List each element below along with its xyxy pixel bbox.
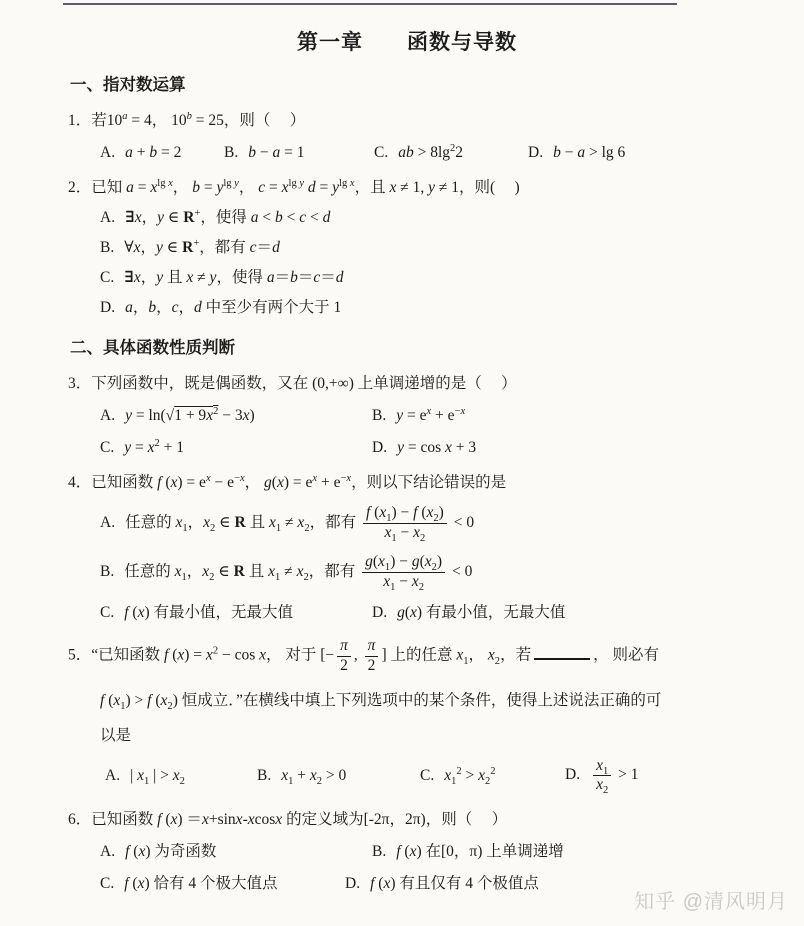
option-text: f (x) 在[0，π) 上单调递增 [396,843,564,860]
question-3-stem: 3．下列函数中，既是偶函数，又在 (0,+∞) 上单调递增的是（ ） [68,372,746,395]
option-text: ab > 8lg22 [398,144,463,161]
question-2-options: A.∃x，y ∈ R+，使得 a < b < c < d B.∀x，y ∈ R+… [68,206,746,319]
option-text: a，b，c，d 中至少有两个大于 1 [125,299,341,316]
question-4: 4．已知函数 f (x) = ex − e−x， g(x) = ex + e−x… [68,471,746,624]
option-label: A. [100,407,115,424]
option-label: A. [105,767,120,784]
option-text: 任意的 x1，x2 ∈ R 且 x1 ≠ x2，都有 g(x1) − g(x2)… [124,563,472,580]
question-2-stem: 2．已知 a = xlg x， b = ylg y， c = xlg y d =… [68,176,746,199]
watermark: 知乎 @清风明月 [634,885,788,914]
question-5-stem-line-3: 以是 [100,724,746,747]
question-1-options: A.a + b = 2 B.b − a = 1 C.ab > 8lg22 D.b… [100,141,746,164]
top-rule-divider [63,3,677,5]
question-3-options-row-2: C.y = x2 + 1 D.y = cos x + 3 [100,436,746,459]
option-c: C.ab > 8lg22 [374,141,528,164]
question-4-stem: 4．已知函数 f (x) = ex − e−x， g(x) = ex + e−x… [68,471,746,494]
option-d: D.x1x2 > 1 [565,756,746,796]
option-text: 任意的 x1，x2 ∈ R 且 x1 ≠ x2，都有 f (x1) − f (x… [125,514,474,531]
option-label: C. [100,269,114,286]
option-text: b − a > lg 6 [553,144,625,161]
option-b: B.b − a = 1 [224,141,374,164]
option-a: A.f (x) 为奇函数 [100,840,372,863]
option-label: D. [100,299,115,316]
option-label: C. [100,604,114,621]
option-text: y = ln(√1 + 9x2 − 3x) [125,407,255,424]
option-text: x1 + x2 > 0 [281,767,346,784]
option-text: x1x2 > 1 [590,766,638,783]
option-label: C. [100,875,114,892]
option-d: D.y = cos x + 3 [372,436,746,459]
option-label: B. [372,843,386,860]
option-label: B. [372,407,386,424]
option-label: A. [100,843,115,860]
option-a: A.| x1 | > x2 [105,764,257,787]
option-c: C.f (x) 恰有 4 个极大值点 [100,872,345,895]
option-text: g(x) 有最小值，无最大值 [397,604,565,621]
option-label: B. [100,239,114,256]
option-label: D. [565,766,580,783]
option-b: B.f (x) 在[0，π) 上单调递增 [372,840,746,863]
worksheet-page: 第一章 函数与导数 一、指对数运算 1．若10a = 4， 10b = 25，则… [0,0,804,895]
option-text: f (x) 有最小值，无最大值 [124,604,293,621]
page-title: 第一章 函数与导数 [68,30,746,56]
option-text: | x1 | > x2 [130,767,185,784]
option-text: y = x2 + 1 [124,439,184,456]
option-text: y = ex + e−x [396,407,465,424]
option-label: B. [100,563,114,580]
option-b: B.∀x，y ∈ R+，都有 c＝d [100,236,746,259]
question-5-stem-line-2: f (x1) > f (x2) 恒成立．”在横线中填上下列选项中的某个条件，使得… [100,689,746,712]
question-6-options-row-1: A.f (x) 为奇函数 B.f (x) 在[0，π) 上单调递增 [100,840,746,863]
question-2: 2．已知 a = xlg x， b = ylg y， c = xlg y d =… [68,176,746,319]
option-label: C. [374,144,388,161]
option-b: B.任意的 x1，x2 ∈ R 且 x1 ≠ x2，都有 g(x1) − g(x… [100,552,746,592]
option-text: ∀x，y ∈ R+，都有 c＝d [124,239,280,256]
option-text: ∃x，y 且 x ≠ y，使得 a＝b＝c＝d [124,269,343,286]
option-a: A.任意的 x1，x2 ∈ R 且 x1 ≠ x2，都有 f (x1) − f … [100,503,746,543]
option-text: y = cos x + 3 [397,439,476,456]
option-label: D. [372,604,387,621]
option-text: ∃x，y ∈ R+，使得 a < b < c < d [125,209,330,226]
question-4-options-row: C.f (x) 有最小值，无最大值 D.g(x) 有最小值，无最大值 [100,601,746,624]
option-a: A.y = ln(√1 + 9x2 − 3x) [100,404,372,427]
question-1: 1．若10a = 4， 10b = 25，则（ ） A.a + b = 2 B.… [68,109,746,164]
option-b: B.y = ex + e−x [372,404,746,427]
option-c: C.x12 > x22 [420,764,565,787]
section-heading-1: 一、指对数运算 [70,73,746,97]
option-label: D. [345,875,360,892]
option-c: C.y = x2 + 1 [100,436,372,459]
option-b: B.x1 + x2 > 0 [257,764,420,787]
option-text: f (x) 为奇函数 [125,843,216,860]
question-5-options: A.| x1 | > x2 B.x1 + x2 > 0 C.x12 > x22 … [105,756,746,796]
question-3-options-row-1: A.y = ln(√1 + 9x2 − 3x) B.y = ex + e−x [100,404,746,427]
option-d: D.b − a > lg 6 [528,141,746,164]
question-6: 6．已知函数 f (x) ＝x+sinx-xcosx 的定义域为[-2π，2π)… [68,808,746,895]
option-label: B. [224,144,238,161]
section-heading-2: 二、具体函数性质判断 [70,336,746,360]
option-d: D.g(x) 有最小值，无最大值 [372,601,746,624]
option-label: C. [420,767,434,784]
option-label: D. [372,439,387,456]
option-c: C.∃x，y 且 x ≠ y，使得 a＝b＝c＝d [100,266,746,289]
option-label: C. [100,439,114,456]
question-5: 5．“已知函数 f (x) = x2 − cos x， 对于 [−π2, π2]… [68,636,746,795]
question-4-options: A.任意的 x1，x2 ∈ R 且 x1 ≠ x2，都有 f (x1) − f … [68,503,746,592]
option-a: A.a + b = 2 [100,141,224,164]
option-text: a + b = 2 [125,144,181,161]
option-label: A. [100,209,115,226]
option-text: f (x) 恰有 4 个极大值点 [124,875,277,892]
option-a: A.∃x，y ∈ R+，使得 a < b < c < d [100,206,746,229]
question-6-stem: 6．已知函数 f (x) ＝x+sinx-xcosx 的定义域为[-2π，2π)… [68,808,746,831]
question-5-stem-line-1: 5．“已知函数 f (x) = x2 − cos x， 对于 [−π2, π2]… [68,636,746,676]
option-label: D. [528,144,543,161]
question-1-stem: 1．若10a = 4， 10b = 25，则（ ） [68,109,746,132]
option-c: C.f (x) 有最小值，无最大值 [100,601,372,624]
option-d: D.a，b，c，d 中至少有两个大于 1 [100,296,746,319]
option-label: A. [100,514,115,531]
question-3: 3．下列函数中，既是偶函数，又在 (0,+∞) 上单调递增的是（ ） A.y =… [68,372,746,459]
option-text: f (x) 有且仅有 4 个极值点 [370,875,539,892]
option-text: b − a = 1 [248,144,304,161]
option-text: x12 > x22 [444,767,495,784]
option-label: A. [100,144,115,161]
option-label: B. [257,767,271,784]
